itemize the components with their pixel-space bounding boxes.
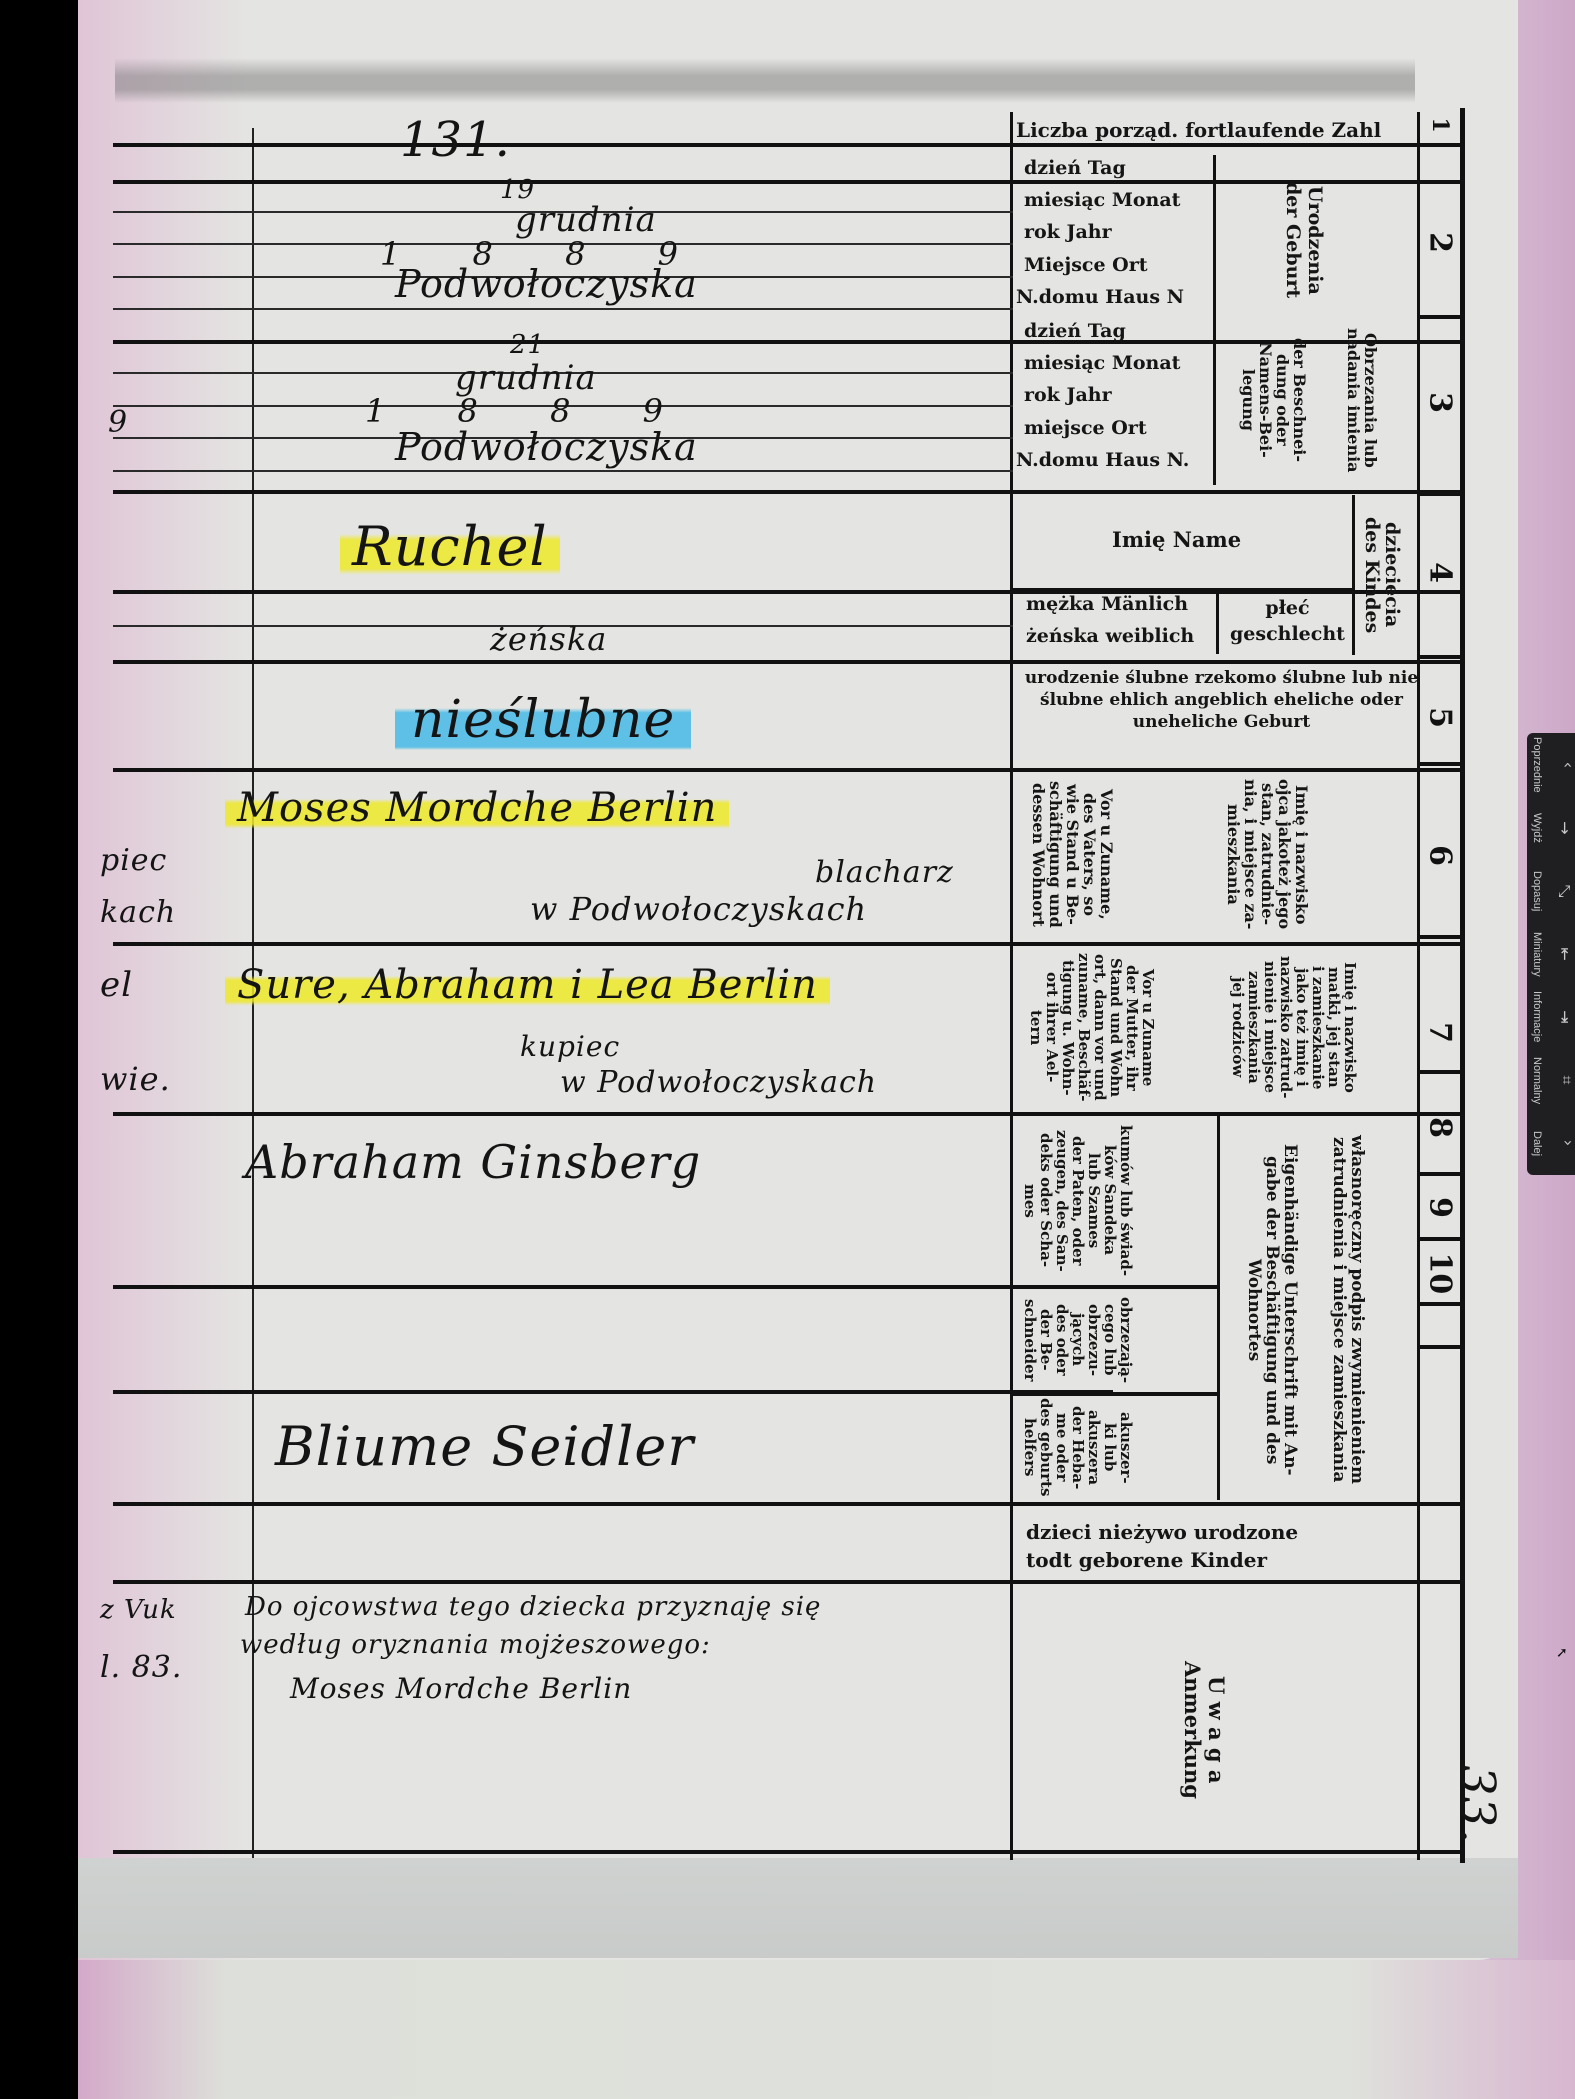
rule-bottom — [113, 1850, 1463, 1854]
number-column-divider-left — [1417, 112, 1420, 1860]
thumbnails-icon: ⇤ — [1556, 947, 1572, 960]
entry-father-residence: w Podwołoczyskach — [530, 890, 867, 928]
header-col3-row: miesiąc Monat — [1024, 352, 1180, 374]
thumbnails-label: Miniatury — [1531, 922, 1543, 985]
header-col3-row: dzień Tag — [1024, 320, 1126, 342]
header-divider — [1217, 1115, 1220, 1500]
entry-remark-signature: Moses Mordche Berlin — [290, 1672, 632, 1705]
exit-label: Wyjdź — [1531, 796, 1543, 859]
viewer-toolbar: Poprzednie ‹ Wyjdź → Dopasuj ⤡ Miniatury… — [1527, 733, 1575, 1175]
header-col4-group: dzieciecia des Kindes — [1362, 500, 1402, 650]
fit-button[interactable]: Dopasuj ⤡ — [1527, 859, 1575, 922]
header-col2-row: Miejsce Ort — [1024, 254, 1148, 276]
column-number: 7 — [1423, 1013, 1458, 1053]
entry-witness: Abraham Ginsberg — [245, 1135, 701, 1189]
header-divider — [1213, 155, 1216, 320]
header-child-name-label: Imię Name — [1112, 527, 1241, 552]
margin-fragment: el — [100, 965, 133, 1005]
rule-top — [113, 143, 1463, 147]
entry-sex: żeńska — [490, 620, 607, 658]
header-divider — [1013, 588, 1353, 592]
next-label: Dalej — [1531, 1112, 1543, 1175]
photo-bottom-area — [78, 1960, 1575, 2099]
header-divider — [1216, 592, 1219, 654]
column-number: 3 — [1423, 383, 1458, 423]
header-col3-row: miejsce Ort — [1024, 417, 1147, 439]
number-divider — [1420, 315, 1462, 319]
header-col3-row: rok Jahr — [1024, 384, 1112, 406]
header-col2-row: dzień Tag — [1024, 157, 1126, 179]
rule-col9 — [113, 1390, 1113, 1394]
header-divider — [1352, 495, 1355, 655]
entry-remark-line2: według oryznania mojżeszowego: — [240, 1630, 711, 1660]
header-remarks-label: U w a g a Anmerkung — [1180, 1640, 1228, 1820]
column-number: 8 — [1423, 1108, 1458, 1148]
number-column-divider-right — [1460, 108, 1465, 1863]
number-divider — [1420, 655, 1462, 659]
entry-midwife: Bliume Seidler — [275, 1415, 694, 1478]
entry-child-name: Ruchel — [340, 515, 560, 578]
header-witness-label: kumów lub świad- ków Sandeka lub Szames … — [1022, 1118, 1134, 1283]
entry-circumcision-place: Podwołoczyska — [395, 425, 698, 469]
margin-fragment: piec — [100, 843, 167, 878]
header-col3-group-de: der Beschnei- dung oder Namens-Bei- legu… — [1240, 325, 1308, 475]
info-label: Informacje — [1531, 986, 1543, 1049]
chevron-right-icon: › — [1560, 1140, 1575, 1146]
rule-col10 — [113, 1502, 1463, 1506]
header-signature-label-de: Eigenhändige Unterschrift mit An- gabe d… — [1245, 1120, 1299, 1500]
rule-col3 — [113, 490, 1463, 494]
fit-label: Dopasuj — [1531, 859, 1543, 922]
entry-circumcision-day: 21 — [510, 330, 545, 360]
column-number: 1 — [1427, 105, 1453, 145]
number-divider — [1420, 492, 1462, 496]
entry-father-name: Moses Mordche Berlin — [225, 785, 729, 831]
rule-col7 — [113, 1112, 1463, 1116]
entry-birth-place: Podwołoczyska — [395, 262, 698, 306]
chevron-left-icon: ‹ — [1560, 761, 1575, 767]
info-icon: ⇥ — [1556, 1010, 1572, 1023]
header-col2-group: Urodzenia der Geburt — [1282, 170, 1326, 310]
info-button[interactable]: Informacje ⇥ — [1527, 986, 1575, 1049]
normal-size-label: Normalny — [1531, 1049, 1543, 1112]
column-number: 6 — [1423, 836, 1458, 876]
column-number: 5 — [1423, 698, 1458, 738]
header-col2-row: rok Jahr — [1024, 221, 1112, 243]
rule-col1 — [113, 180, 1463, 184]
thumbnails-button[interactable]: Miniatury ⇤ — [1527, 922, 1575, 985]
entry-legitimacy: nieślubne — [395, 690, 691, 750]
rule-col8 — [113, 1285, 1113, 1289]
margin-fragment: 9 — [108, 405, 128, 440]
number-divider — [1420, 1172, 1462, 1176]
header-midwife-label: akuszer- ki lub akuszera der Heba- me od… — [1022, 1395, 1134, 1500]
margin-fragment: wie. — [100, 1060, 171, 1098]
header-mother-label-de: Vor u Zuname der Mutter, ihr Stand und W… — [1028, 945, 1156, 1110]
header-sex-label: płeć geschlecht — [1230, 595, 1345, 647]
entry-mother-occupation: kupiec — [520, 1030, 620, 1063]
normal-size-button[interactable]: Normalny ⌗ — [1527, 1049, 1575, 1112]
entry-mother-residence: w Podwołoczyskach — [560, 1065, 877, 1100]
number-divider — [1420, 762, 1462, 766]
header-divider — [1013, 1285, 1218, 1289]
page-number: 33. — [1449, 1765, 1505, 1844]
header-father-label-de: Vor u Zuname, des Vaters, so wie Stand u… — [1030, 772, 1115, 937]
number-divider — [1420, 1237, 1462, 1241]
column-number: 2 — [1423, 223, 1458, 263]
margin-fragment: kach — [100, 895, 176, 930]
next-button[interactable]: Dalej › — [1527, 1112, 1575, 1175]
number-divider — [1420, 935, 1462, 939]
header-signature-label-pl: własnoręczny podpis zwymienieniem zatrud… — [1330, 1120, 1366, 1500]
header-male-label: mężka Mänlich — [1026, 593, 1188, 615]
scan-smudge — [115, 58, 1415, 103]
rule-thin — [113, 308, 1013, 310]
header-female-label: żeńska weiblich — [1026, 625, 1194, 647]
header-divider — [1213, 320, 1216, 485]
header-column-divider — [1010, 112, 1013, 1860]
header-father-label-pl: Imię i nazwisko ojca jakoteż jego stan, … — [1225, 772, 1310, 937]
entry-remark-line1: Do ojcowstwa tego dziecka przyznaję się — [245, 1592, 821, 1622]
number-divider — [1420, 1302, 1462, 1306]
rule-col4 — [113, 660, 1463, 664]
previous-button[interactable]: Poprzednie ‹ — [1527, 733, 1575, 796]
header-col1-label: Liczba porząd. fortlaufende Zahl — [1016, 118, 1381, 142]
margin-fragment: z Vuk — [100, 1595, 177, 1625]
column-number: 4 — [1423, 553, 1458, 593]
page-bottom-margin — [78, 1858, 1518, 1958]
header-stillborn-label: dzieci nieżywo urodzone todt geborene Ki… — [1026, 1518, 1298, 1574]
fit-arrows-icon: ⤡ — [1557, 884, 1573, 897]
entry-birth-month: grudnia — [515, 200, 657, 240]
entry-father-occupation: blacharz — [815, 855, 954, 890]
number-divider — [1420, 1070, 1462, 1074]
header-legitimacy-label: urodzenie ślubne rzekomo ślubne lub nie … — [1024, 667, 1419, 733]
entry-mother-name: Sure, Abraham i Lea Berlin — [225, 962, 830, 1008]
exit-arrow-icon: → — [1556, 821, 1572, 834]
header-col2-row: N.domu Haus N — [1016, 286, 1184, 308]
margin-fragment: l. 83. — [100, 1650, 182, 1685]
header-circumciser-label: obrzezają- cego lub obrzezu- jących des … — [1022, 1290, 1134, 1390]
column-number: 9 — [1423, 1188, 1458, 1228]
entry-sequence-number: 131. — [400, 112, 511, 168]
previous-label: Poprzednie — [1531, 733, 1543, 796]
header-col3-row: N.domu Haus N. — [1016, 449, 1189, 471]
rule-thin — [113, 470, 1013, 472]
rule-stillborn — [113, 1580, 1463, 1584]
exit-button[interactable]: Wyjdź → — [1527, 796, 1575, 859]
header-col2-row: miesiąc Monat — [1024, 189, 1180, 211]
header-mother-label-pl: Imię i nazwisko matki, jej stan i zamies… — [1230, 945, 1358, 1110]
number-divider — [1420, 1345, 1462, 1349]
header-col3-group-pl: Obrzezania lub nadania imienia — [1345, 320, 1379, 480]
normal-size-icon: ⌗ — [1558, 1076, 1574, 1085]
column-number: 10 — [1423, 1253, 1458, 1293]
mouse-cursor-icon: ➚ — [1556, 1645, 1568, 1661]
